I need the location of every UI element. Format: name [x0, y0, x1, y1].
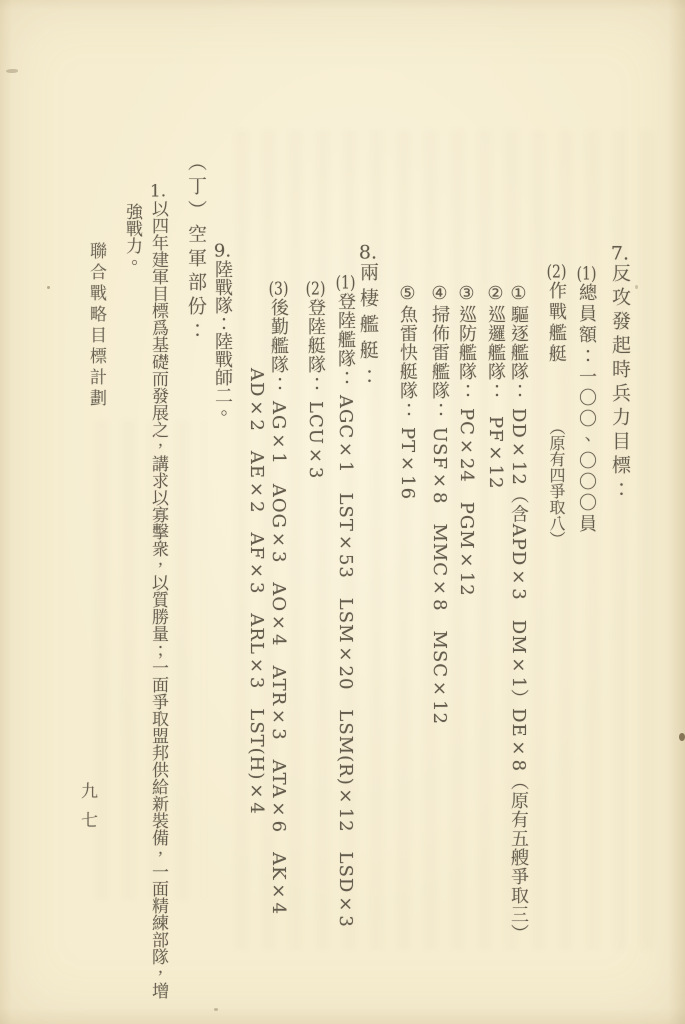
service-squadron-ships-continued: AD×2 AE×2 AF×3 ARL×3 LST(H)×4: [246, 368, 267, 815]
service-squadron-number: (3): [268, 280, 289, 298]
item-7-text: 反攻發起時兵力目標：: [609, 263, 631, 503]
landing-ship-label: 登陸艦隊：: [335, 292, 356, 387]
item-7-number: 7.: [609, 244, 631, 263]
sub-2-number: ②: [485, 283, 506, 305]
page-number: 九七: [75, 782, 99, 840]
side-title: 聯合戰略目標計劃: [84, 242, 108, 410]
landing-craft-ships: LCU×3: [305, 401, 326, 479]
air-force-para-1-text: 以四年建軍目標爲基礎而發展之，講求以寡擊衆，以質勝量；一面爭取盟邦供給新裝備，一…: [148, 200, 168, 999]
item-1-landing-ship-squadron: (1)登陸艦隊：AGC×1 LST×53 LSM×20 LSM(R)×12 LS…: [333, 274, 357, 928]
sub-1-destroyer-squadron: ①驅逐艦隊：DD×12（含APD×3 DM×1）DE×8（原有五艘爭取三）: [506, 283, 530, 943]
sub-3-number: ③: [456, 283, 477, 305]
sub-1-number: ①: [508, 283, 529, 305]
service-squadron-ships: AG×1 AOG×3 AO×4 ATR×3 ATA×6 AK×4: [268, 401, 289, 915]
item-8-text: 兩棲艦艇：: [357, 262, 379, 392]
sub-4-number: ④: [429, 283, 450, 305]
paper-speck: [635, 285, 638, 289]
item-1-total-personnel: (1)總員額：一〇〇、〇〇〇員: [574, 265, 598, 535]
sub-4-ships: USF×8 MMC×8 MSC×12: [429, 427, 450, 725]
landing-craft-number: (2): [305, 280, 326, 298]
sub-2-label: 巡邏艦隊：: [485, 305, 506, 400]
paper-speck: [679, 733, 685, 741]
service-squadron-label: 後勤艦隊：: [268, 298, 289, 393]
sub-1-label: 驅逐艦隊：: [508, 305, 529, 400]
air-force-para-1-number: 1.: [148, 183, 168, 200]
paper-fiber: [6, 69, 18, 73]
item-3-service-squadron-continued: AD×2 AE×2 AF×3 ARL×3 LST(H)×4: [244, 368, 268, 815]
sub-3-ships: PC×24 PGM×12: [456, 408, 477, 597]
item-2-number: (2): [546, 263, 567, 281]
sub-5-number: ⑤: [397, 283, 418, 305]
item-8-number: 8.: [357, 243, 379, 262]
landing-ship-ships: AGC×1 LST×53 LSM×20 LSM(R)×12 LSD×3: [335, 395, 356, 928]
air-force-para-1-continued: 強戰力。: [121, 203, 143, 271]
heading-item-7-counterattack-force-targets: 7.反攻發起時兵力目標：: [608, 244, 632, 503]
air-force-para-1: 1.以四年建軍目標爲基礎而發展之，講求以寡擊衆，以質勝量；一面爭取盟邦供給新裝備…: [147, 183, 169, 999]
sub-5-torpedo-boat-squadron: ⑤魚雷快艇隊：PT×16: [395, 283, 419, 500]
sub-5-label: 魚雷快艇隊：: [397, 305, 418, 419]
air-force-para-1-continued-text: 強戰力。: [122, 203, 142, 271]
sub-4-minesweeping-squadron: ④掃佈雷艦隊：USF×8 MMC×8 MSC×12: [427, 283, 451, 725]
sub-1-ships: DD×12（含APD×3 DM×1）DE×8（原有五艘爭取三）: [508, 408, 529, 943]
item-1-number: (1): [576, 265, 597, 283]
section-ding-text: （丁）空軍部份：: [185, 152, 207, 344]
paper-speck: [214, 1008, 218, 1011]
sub-2-ships: PF×12: [485, 416, 506, 490]
item-2-landing-craft-squadron: (2)登陸艇隊：LCU×3: [303, 280, 327, 479]
scanned-document-page: 7.反攻發起時兵力目標： (1)總員額：一〇〇、〇〇〇員 (2)作戰艦艇（原有四…: [0, 0, 685, 1024]
section-ding-air-force-heading: （丁）空軍部份：: [184, 152, 208, 344]
heading-item-8-amphibious-ships: 8.兩棲艦艇：: [356, 243, 380, 392]
side-title-text: 聯合戰略目標計劃: [86, 242, 106, 410]
item-9-text: 陸戰隊：陸戰師二。: [212, 260, 233, 422]
item-1-text: 總員額：一〇〇、〇〇〇員: [576, 283, 597, 535]
landing-craft-label: 登陸艇隊：: [305, 298, 326, 393]
sub-3-escort-squadron: ③巡防艦隊：PC×24 PGM×12: [454, 283, 478, 597]
page-number-text: 九七: [77, 782, 97, 840]
sub-2-patrol-squadron: ②巡邏艦隊：PF×12: [483, 283, 507, 490]
sub-4-label: 掃佈雷艦隊：: [429, 305, 450, 419]
item-2-note: （原有四爭取八）: [547, 419, 566, 547]
paper-speck: [47, 286, 50, 289]
heading-item-9-marine-corps: 9.陸戰隊：陸戰師二。: [210, 242, 234, 422]
landing-ship-number: (1): [335, 274, 356, 292]
item-9-number: 9.: [212, 242, 233, 260]
item-2-combat-ships: (2)作戰艦艇（原有四爭取八）: [544, 263, 568, 547]
sub-5-ships: PT×16: [397, 427, 418, 500]
item-2-text: 作戰艦艇: [546, 281, 567, 365]
sub-3-label: 巡防艦隊：: [456, 305, 477, 400]
item-3-service-squadron: (3)後勤艦隊：AG×1 AOG×3 AO×4 ATR×3 ATA×6 AK×4: [266, 280, 290, 915]
